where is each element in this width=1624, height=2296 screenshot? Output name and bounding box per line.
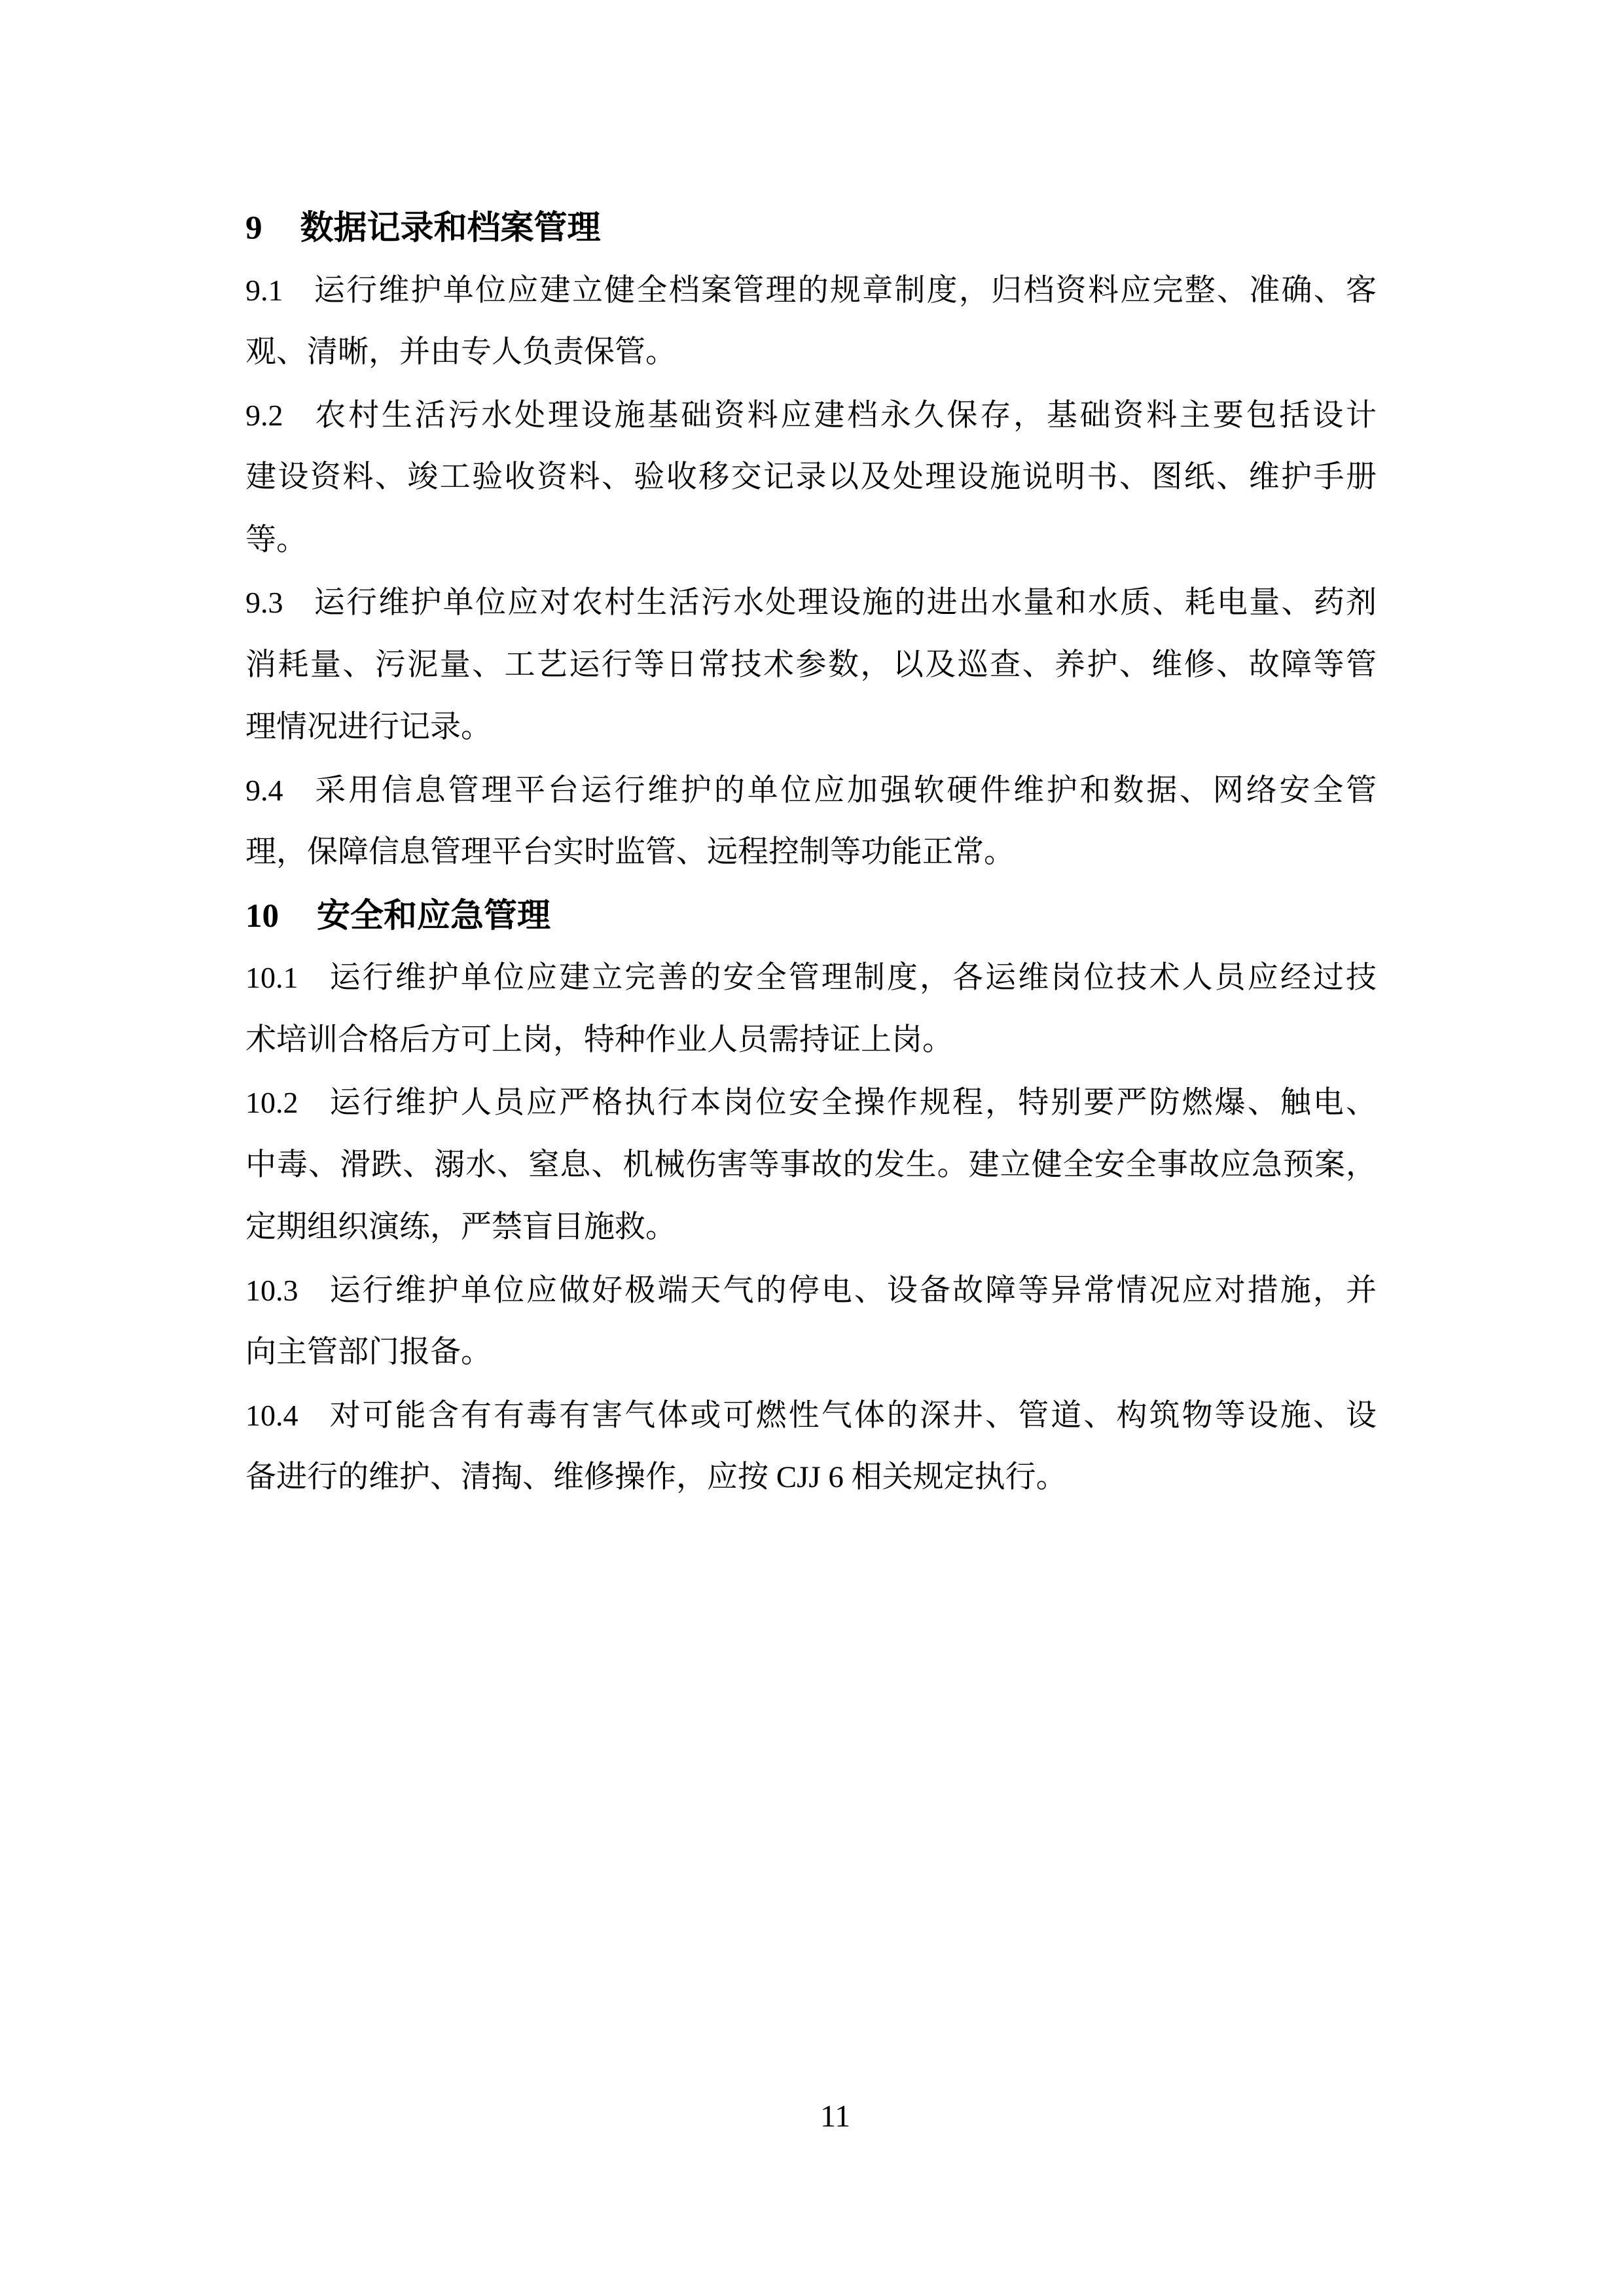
number-text-gap: [283, 300, 313, 300]
clause-text: 向主管部门报备。: [245, 1335, 492, 1369]
clause-text: 运行维护单位应建立健全档案管理的规章制度，归档资料应完整、准确、客: [313, 274, 1377, 308]
clause-text: 对可能含有有毒有害气体或可燃性气体的深井、管道、构筑物等设施、设: [328, 1399, 1377, 1433]
page-number: 11: [820, 2099, 850, 2134]
clause-number: 10.2: [245, 1086, 298, 1119]
section-title: 安全和应急管理: [317, 897, 550, 934]
clause-text: 运行维护单位应对农村生活污水处理设施的进出水量和水质、耗电量、药剂: [313, 586, 1377, 620]
clause-line: 备进行的维护、清掏、维修操作，应按 CJJ 6 相关规定执行。: [245, 1446, 1377, 1509]
number-text-gap: [283, 612, 313, 613]
number-text-gap: [283, 425, 313, 425]
number-title-gap: [262, 238, 300, 239]
clause-text: 采用信息管理平台运行维护的单位应加强软硬件维护和数据、网络安全管: [313, 774, 1377, 808]
clause-text: 消耗量、污泥量、工艺运行等日常技术参数，以及巡查、养护、维修、故障等管: [245, 648, 1377, 682]
document-page: 9数据记录和档案管理9.1运行维护单位应建立健全档案管理的规章制度，归档资料应完…: [0, 0, 1624, 2296]
number-text-gap: [283, 800, 313, 800]
clause-line: 定期组织演练，严禁盲目施救。: [245, 1196, 1377, 1259]
page-footer: 11: [820, 2098, 850, 2135]
section-heading: 9数据记录和档案管理: [245, 196, 1377, 259]
clause-line: 消耗量、污泥量、工艺运行等日常技术参数，以及巡查、养护、维修、故障等管: [245, 634, 1377, 697]
clause-line: 10.4对可能含有有毒有害气体或可燃性气体的深井、管道、构筑物等设施、设: [245, 1384, 1377, 1447]
clause-number: 10.3: [245, 1274, 298, 1307]
clause-line: 术培训合格后方可上岗，特种作业人员需持证上岗。: [245, 1009, 1377, 1072]
clause-number: 9.1: [245, 274, 283, 307]
clause-line: 9.4采用信息管理平台运行维护的单位应加强软硬件维护和数据、网络安全管: [245, 759, 1377, 822]
clause-text: 备进行的维护、清掏、维修操作，应按 CJJ 6 相关规定执行。: [245, 1460, 1067, 1494]
clause-text: 运行维护人员应严格执行本岗位安全操作规程，特别要严防燃爆、触电、: [328, 1086, 1377, 1120]
clause-line: 9.2农村生活污水处理设施基础资料应建档永久保存，基础资料主要包括设计: [245, 384, 1377, 447]
clause-text: 运行维护单位应做好极端天气的停电、设备故障等异常情况应对措施，并: [328, 1274, 1377, 1308]
clause-text: 观、清晰，并由专人负责保管。: [245, 335, 676, 369]
clause-text: 中毒、滑跌、溺水、窒息、机械伤害等事故的发生。建立健全安全事故应急预案，: [245, 1148, 1377, 1182]
clause-text: 等。: [245, 523, 307, 557]
number-text-gap: [298, 987, 328, 988]
clause-line: 9.3运行维护单位应对农村生活污水处理设施的进出水量和水质、耗电量、药剂: [245, 571, 1377, 634]
section-title: 数据记录和档案管理: [300, 209, 601, 246]
document-body: 9数据记录和档案管理9.1运行维护单位应建立健全档案管理的规章制度，归档资料应完…: [245, 196, 1377, 1509]
clause-text: 建设资料、竣工验收资料、验收移交记录以及处理设施说明书、图纸、维护手册: [245, 460, 1377, 494]
clause-line: 观、清晰，并由专人负责保管。: [245, 321, 1377, 384]
clause-number: 9.4: [245, 774, 283, 807]
clause-number: 9.3: [245, 586, 283, 619]
clause-text: 理情况进行记录。: [245, 710, 492, 744]
number-text-gap: [298, 1300, 328, 1300]
section-heading: 10安全和应急管理: [245, 884, 1377, 947]
clause-text: 定期组织演练，严禁盲目施救。: [245, 1210, 676, 1244]
clause-line: 理情况进行记录。: [245, 696, 1377, 759]
clause-line: 10.3运行维护单位应做好极端天气的停电、设备故障等异常情况应对措施，并: [245, 1259, 1377, 1322]
number-text-gap: [298, 1425, 328, 1426]
clause-line: 等。: [245, 509, 1377, 572]
clause-text: 术培训合格后方可上岗，特种作业人员需持证上岗。: [245, 1023, 953, 1057]
clause-text: 农村生活污水处理设施基础资料应建档永久保存，基础资料主要包括设计: [313, 399, 1377, 433]
clause-number: 10.1: [245, 961, 298, 994]
number-title-gap: [279, 926, 317, 927]
section-number: 9: [245, 210, 262, 247]
clause-line: 10.1运行维护单位应建立完善的安全管理制度，各运维岗位技术人员应经过技: [245, 946, 1377, 1009]
clause-text: 运行维护单位应建立完善的安全管理制度，各运维岗位技术人员应经过技: [328, 961, 1377, 995]
clause-line: 9.1运行维护单位应建立健全档案管理的规章制度，归档资料应完整、准确、客: [245, 259, 1377, 322]
clause-text: 理，保障信息管理平台实时监管、远程控制等功能正常。: [245, 835, 1015, 869]
clause-line: 理，保障信息管理平台实时监管、远程控制等功能正常。: [245, 821, 1377, 884]
section-number: 10: [245, 898, 279, 935]
clause-line: 10.2运行维护人员应严格执行本岗位安全操作规程，特别要严防燃爆、触电、: [245, 1071, 1377, 1134]
number-text-gap: [298, 1112, 328, 1113]
clause-number: 10.4: [245, 1399, 298, 1432]
clause-line: 建设资料、竣工验收资料、验收移交记录以及处理设施说明书、图纸、维护手册: [245, 446, 1377, 509]
clause-line: 中毒、滑跌、溺水、窒息、机械伤害等事故的发生。建立健全安全事故应急预案，: [245, 1134, 1377, 1197]
clause-number: 9.2: [245, 399, 283, 432]
clause-line: 向主管部门报备。: [245, 1321, 1377, 1384]
